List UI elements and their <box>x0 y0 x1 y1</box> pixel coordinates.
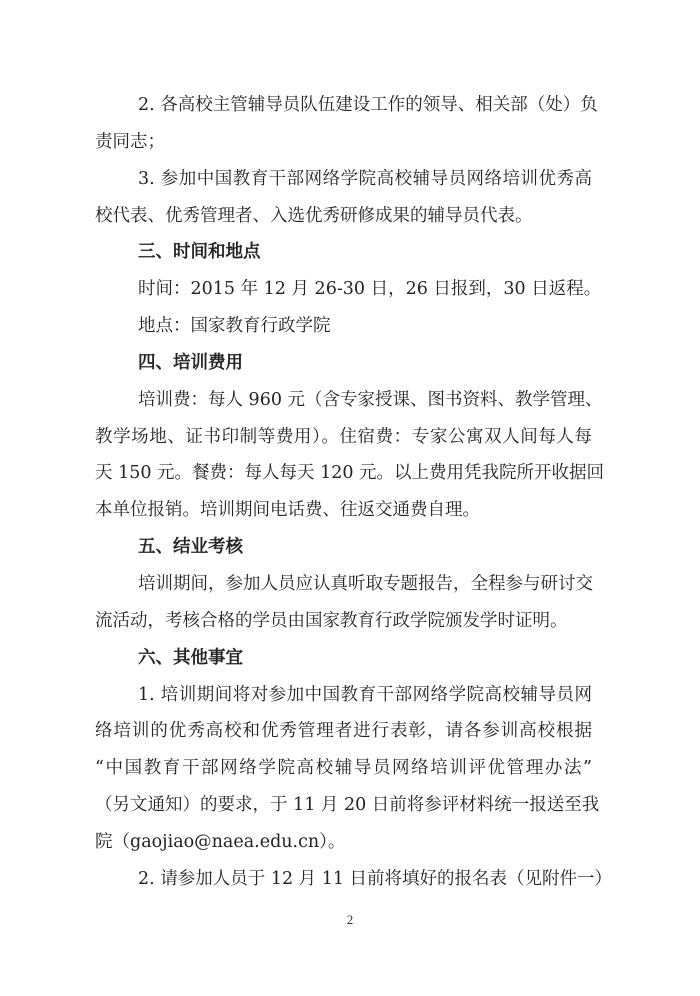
section-3-heading: 三、时间和地点 <box>95 234 592 271</box>
fees-line-3: 天 150 元。餐费：每人每天 120 元。以上费用凭我院所开收据回 <box>95 455 592 492</box>
attendees-item-2-line-2: 责同志； <box>95 124 592 161</box>
assessment-line-2: 流活动，考核合格的学员由国家教育行政学院颁发学时证明。 <box>95 603 592 640</box>
document-body: 2. 各高校主管辅导员队伍建设工作的领导、相关部（处）负 责同志； 3. 参加中… <box>95 87 592 898</box>
other-item-2-line-1: 2. 请参加人员于 12 月 11 日前将填好的报名表（见附件一） <box>95 861 592 898</box>
other-item-1-line-3: “中国教育干部网络学院高校辅导员网络培训评优管理办法” <box>95 750 592 787</box>
attendees-item-3-line-1: 3. 参加中国教育干部网络学院高校辅导员网络培训优秀高 <box>95 161 592 198</box>
section-4-heading: 四、培训费用 <box>95 345 592 382</box>
time-line: 时间：2015 年 12 月 26-30 日，26 日报到，30 日返程。 <box>95 271 592 308</box>
fees-line-2: 教学场地、证书印制等费用）。住宿费：专家公寓双人间每人每 <box>95 419 592 456</box>
other-item-1-line-4: （另文通知）的要求，于 11 月 20 日前将参评材料统一报送至我 <box>95 787 592 824</box>
attendees-item-3-line-2: 校代表、优秀管理者、入选优秀研修成果的辅导员代表。 <box>95 198 592 235</box>
attendees-item-2-line-1: 2. 各高校主管辅导员队伍建设工作的领导、相关部（处）负 <box>95 87 592 124</box>
other-item-1-line-2: 络培训的优秀高校和优秀管理者进行表彰，请各参训高校根据 <box>95 713 592 750</box>
section-6-heading: 六、其他事宜 <box>95 640 592 677</box>
other-item-1-line-1: 1. 培训期间将对参加中国教育干部网络学院高校辅导员网 <box>95 677 592 714</box>
section-5-heading: 五、结业考核 <box>95 529 592 566</box>
location-line: 地点：国家教育行政学院 <box>95 308 592 345</box>
fees-line-1: 培训费：每人 960 元（含专家授课、图书资料、教学管理、 <box>95 382 592 419</box>
fees-line-4: 本单位报销。培训期间电话费、往返交通费自理。 <box>95 492 592 529</box>
page-number: 2 <box>0 912 700 928</box>
document-page: 2. 各高校主管辅导员队伍建设工作的领导、相关部（处）负 责同志； 3. 参加中… <box>0 0 700 996</box>
assessment-line-1: 培训期间，参加人员应认真听取专题报告，全程参与研讨交 <box>95 566 592 603</box>
other-item-1-line-5: 院（gaojiao@naea.edu.cn）。 <box>95 824 592 861</box>
